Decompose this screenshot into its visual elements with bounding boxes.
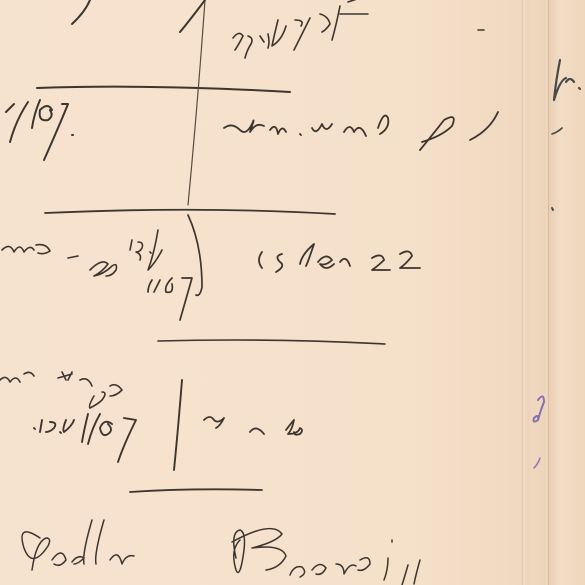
manuscript-page: Ezyrist Zlafs - 1767. ~br, vrwlB mes - t… [0, 0, 585, 585]
handwriting-strokes [0, 0, 585, 585]
